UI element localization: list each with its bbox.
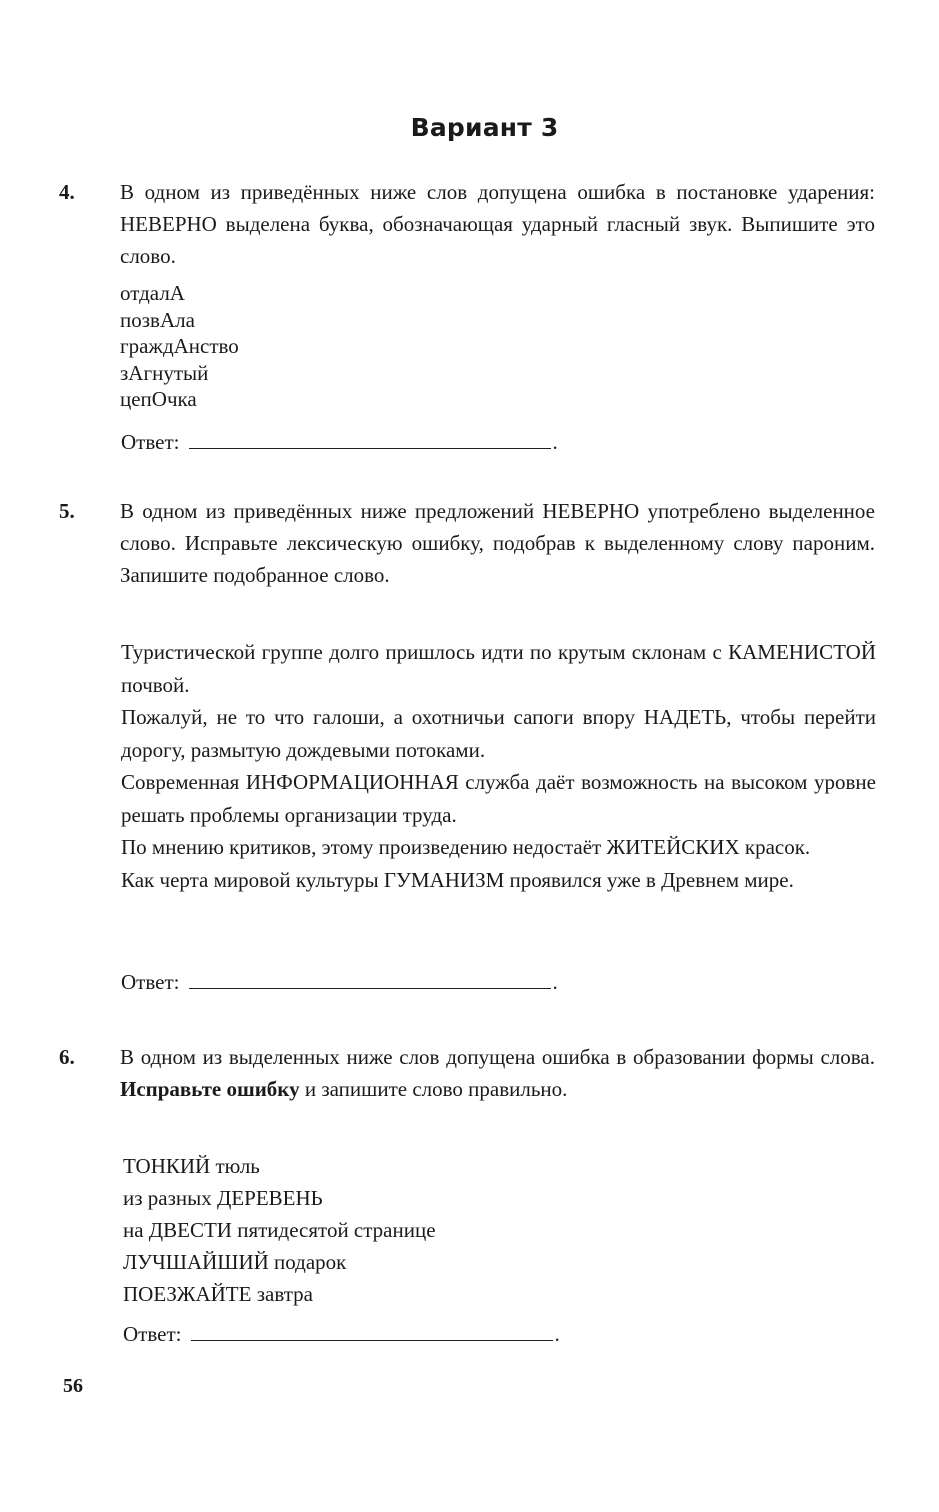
list-item: позвАла [120, 307, 239, 334]
answer-period: . [552, 968, 557, 996]
task-number: 4. [59, 176, 75, 208]
task-instruction: В одном из приведённых ниже слов допущен… [120, 176, 875, 272]
list-item: цепОчка [120, 386, 239, 413]
instruction-bold: Исправьте ошибку [120, 1077, 300, 1101]
instruction-text: В одном из выделенных ниже слов допущена… [120, 1045, 875, 1069]
list-item: зАгнутый [120, 360, 239, 387]
task-instruction: В одном из приведённых ниже предложений … [120, 495, 875, 591]
phrase-list: ТОНКИЙ тюль из разных ДЕРЕВЕНЬ на ДВЕСТИ… [123, 1150, 436, 1310]
task-number: 5. [59, 495, 75, 527]
sentence-item: Туристической группе долго пришлось идти… [121, 636, 876, 701]
instruction-text: и запишите слово правильно. [300, 1077, 568, 1101]
answer-field[interactable] [191, 1339, 553, 1341]
answer-field[interactable] [189, 987, 551, 989]
task-number: 6. [59, 1041, 75, 1073]
task-instruction: В одном из выделенных ниже слов допущена… [120, 1041, 875, 1105]
list-item: на ДВЕСТИ пятидесятой странице [123, 1214, 436, 1246]
sentence-item: Современная ИНФОРМАЦИОННАЯ служба даёт в… [121, 766, 876, 831]
answer-label: Ответ: [121, 428, 179, 456]
answer-field[interactable] [189, 447, 551, 449]
list-item: ТОНКИЙ тюль [123, 1150, 436, 1182]
list-item: граждАнство [120, 333, 239, 360]
answer-label: Ответ: [121, 968, 179, 996]
sentence-item: Пожалуй, не то что галоши, а охотничьи с… [121, 701, 876, 766]
list-item: отдалА [120, 280, 239, 307]
page-number: 56 [63, 1375, 83, 1398]
answer-period: . [554, 1320, 559, 1348]
answer-row: Ответ: . [121, 968, 558, 996]
sentence-list: Туристической группе долго пришлось идти… [121, 636, 876, 896]
word-list: отдалА позвАла граждАнство зАгнутый цепО… [120, 280, 239, 413]
list-item: ЛУЧШАЙШИЙ подарок [123, 1246, 436, 1278]
sentence-item: Как черта мировой культуры ГУМАНИЗМ проя… [121, 864, 876, 897]
answer-period: . [552, 428, 557, 456]
answer-label: Ответ: [123, 1320, 181, 1348]
sentence-item: По мнению критиков, этому произведению н… [121, 831, 876, 864]
list-item: ПОЕЗЖАЙТЕ завтра [123, 1278, 436, 1310]
list-item: из разных ДЕРЕВЕНЬ [123, 1182, 436, 1214]
answer-row: Ответ: . [121, 428, 558, 456]
page-title: Вариант 3 [0, 113, 939, 142]
answer-row: Ответ: . [123, 1320, 560, 1348]
